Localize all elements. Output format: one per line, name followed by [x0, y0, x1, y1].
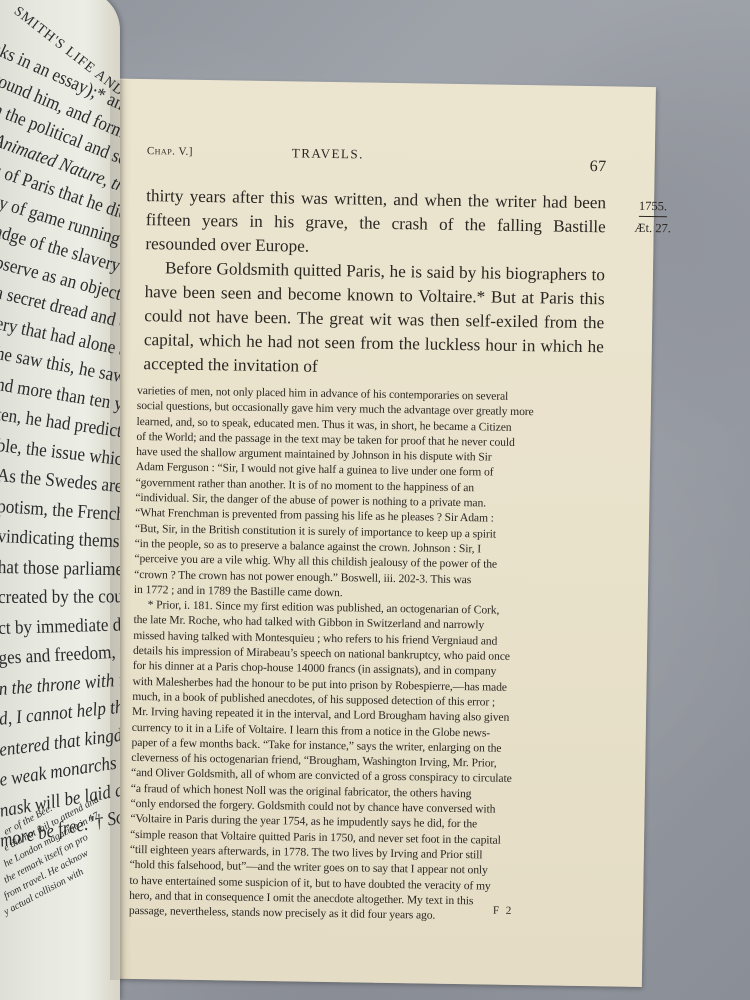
paragraph: Before Goldsmith quitted Paris, he is sa… [143, 256, 605, 383]
footnotes: varieties of men, not only placed him in… [129, 383, 603, 926]
left-page-line: hat those parliament [0, 557, 120, 582]
chapter-label: Chap. V.] [147, 145, 193, 158]
left-page-line: n the throne with im [0, 668, 120, 700]
book-page-right: Chap. V.] TRAVELS. 67 thirty years after… [64, 78, 656, 987]
margin-note: 1755. Æt. 27. [628, 197, 679, 238]
left-page-line: As the Swedes are no [0, 465, 120, 500]
left-page-line: potism, the French, a [0, 496, 120, 527]
body-text: thirty years after this was written, and… [143, 184, 606, 383]
page-number: 67 [590, 158, 607, 176]
signature-mark: F 2 [493, 905, 514, 917]
left-page-line: d, I cannot help thin [0, 695, 120, 731]
book-page-left: SMITH'S LIFE AND TIMESaks in an essay);*… [0, 0, 120, 1000]
left-page-line: created by the court [0, 586, 120, 609]
running-head: Chap. V.] TRAVELS. 67 [147, 145, 607, 172]
paragraph: thirty years after this was written, and… [145, 184, 606, 263]
margin-year: 1755. [628, 197, 678, 216]
page-title: TRAVELS. [292, 145, 364, 162]
left-page-line: ges and freedom, whi [0, 640, 120, 670]
margin-age: Æt. 27. [628, 219, 678, 238]
left-page-line: vindicating themselves [0, 526, 120, 555]
gutter-shadow [110, 80, 132, 980]
margin-rule [639, 216, 667, 217]
left-page-line: ct by immediate direct [0, 613, 120, 639]
